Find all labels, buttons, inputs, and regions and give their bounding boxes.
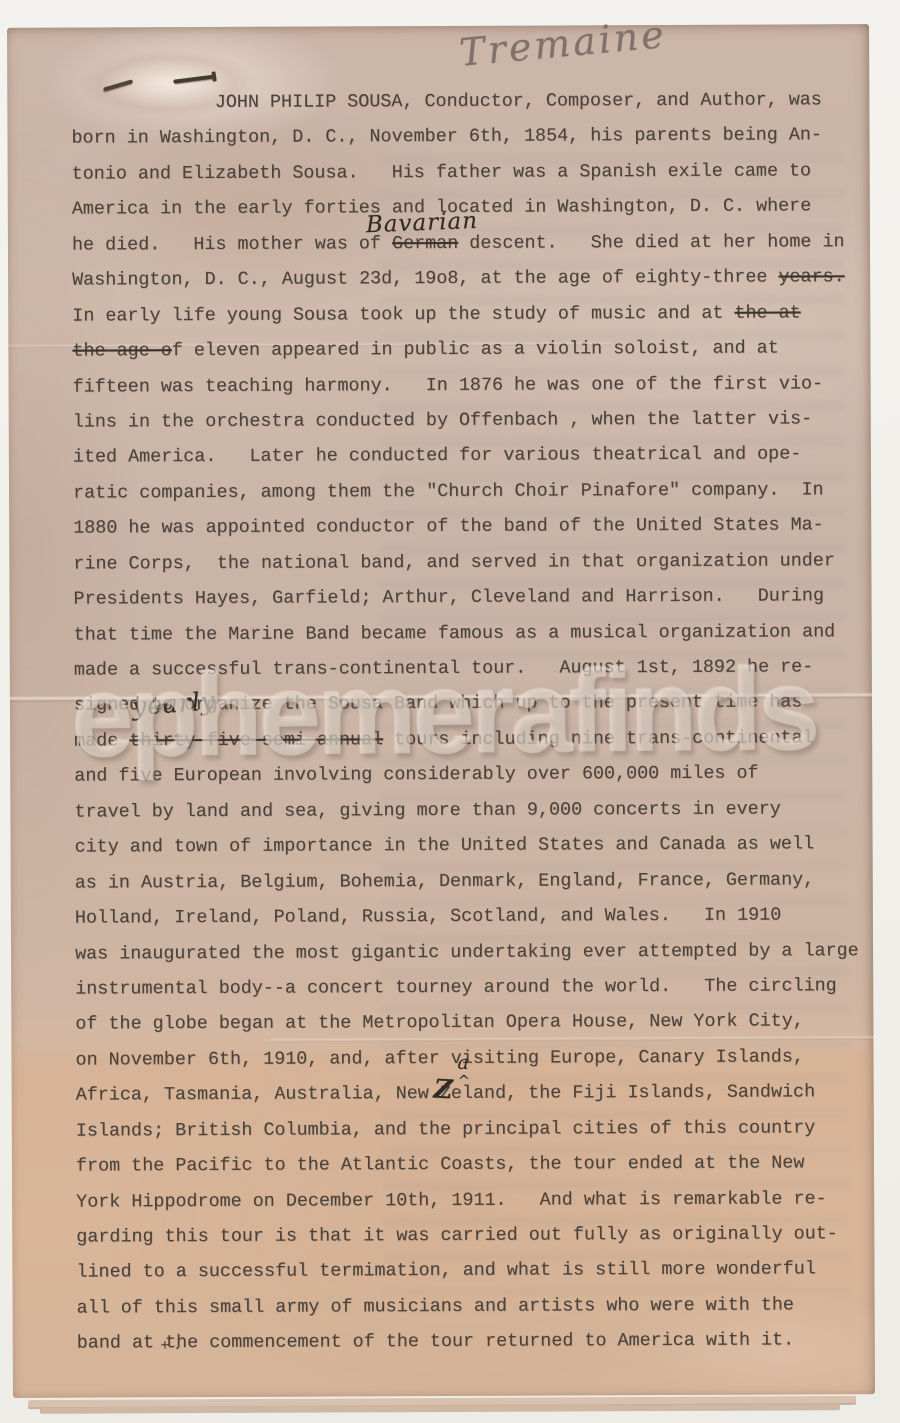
typed-line: York Hippodrome on December 10th, 1911. … [76, 1181, 860, 1220]
typed-line: rine Corps, the national band, and serve… [73, 543, 857, 582]
typed-text: Washington, D. C., August 23d, 19o8, at … [72, 267, 778, 291]
handwritten-correction-yearly: yearly [131, 686, 217, 721]
typed-line: lined to a successful termimation, and w… [76, 1252, 860, 1291]
typed-line: was inaugurated the most gigantic undert… [75, 933, 859, 972]
typed-line: city and town of importance in the Unite… [75, 826, 859, 865]
struck-text: the at [734, 302, 800, 323]
typed-line: made a successful trans-continental tour… [74, 649, 858, 688]
typed-text: all of this small army of musicians and … [77, 1294, 794, 1318]
handwritten-insert-letter: a [457, 1052, 468, 1074]
typed-text: made [74, 730, 129, 751]
typed-line: ited America. Later he conducted for var… [73, 437, 857, 476]
typed-line: of the globe began at the Metropolitan O… [75, 1004, 859, 1043]
typed-text: on November 6th, 1910, and, after visiti… [75, 1046, 803, 1070]
typewritten-page: Tremaine JOHN PHILIP SOUSA, Conductor, C… [7, 24, 875, 1398]
typed-text: fifteen was teaching harmony. In 1876 he… [73, 373, 824, 397]
typed-text: and five European involving considerably… [74, 763, 758, 787]
typed-text: made a successful trans-continental tour… [74, 656, 814, 680]
stray-ink-mark: +. [161, 1337, 186, 1353]
typed-lines: JOHN PHILIP SOUSA, Conductor, Composer, … [71, 82, 860, 1361]
typed-line: all of this small army of musicians and … [77, 1287, 861, 1326]
typed-line: In early life young Sousa took up the st… [72, 295, 856, 334]
typed-line: fifteen was teaching harmony. In 1876 he… [73, 366, 857, 405]
typed-line: JOHN PHILIP SOUSA, Conductor, Composer, … [71, 82, 855, 121]
struck-text: years. [778, 266, 844, 287]
typed-text: JOHN PHILIP SOUSA, Conductor, Composer, … [71, 89, 822, 113]
typed-text: descent. She died at her home in [458, 231, 844, 254]
typed-text: In early life young Sousa took up the st… [72, 302, 734, 326]
typed-text: he died. His mother was of [72, 233, 392, 255]
typed-line: the age of eleven appeared in public as … [72, 330, 856, 369]
typed-text: Holland, Ireland, Poland, Russia, Scotla… [75, 905, 781, 929]
typed-line: instrumental body--a concert tourney aro… [75, 968, 859, 1007]
typed-line: band at the commencement of the tour ret… [77, 1322, 861, 1361]
typed-text: born in Washington, D. C., November 6th,… [71, 125, 822, 149]
typed-text: f eleven appeared in public as a violin … [172, 338, 779, 362]
typed-line: Washington, D. C., August 23d, 19o8, at … [72, 259, 856, 298]
typed-text: of the globe began at the Metropolitan O… [75, 1011, 803, 1035]
typed-line: that time the Marine Band became famous … [74, 614, 858, 653]
typed-line: from the Pacific to the Atlantic Coasts,… [76, 1145, 860, 1184]
typed-text: instrumental body--a concert tourney aro… [75, 975, 837, 999]
typed-text: 1880 he was appointed conductor of the b… [73, 515, 824, 539]
typed-line: travel by land and sea, giving more than… [74, 791, 858, 830]
typed-line: garding this tour is that it was carried… [76, 1216, 860, 1255]
struck-text: thirty-five semi-annual [129, 729, 383, 751]
typed-line: lins in the orchestra conducted by Offen… [73, 401, 857, 440]
typed-text: lined to a successful termimation, and w… [76, 1259, 816, 1283]
typed-text: York Hippodrome on December 10th, 1911. … [76, 1188, 827, 1212]
struck-text: the age o [72, 340, 171, 361]
typed-text: as in Austria, Belgium, Bohemia, Denmark… [75, 869, 815, 893]
typed-text: Presidents Hayes, Garfield; Arthur, Clev… [73, 585, 824, 609]
typed-text: that time the Marine Band became famous … [74, 621, 836, 645]
typed-line: tonio and Elizabeth Sousa. His father wa… [72, 153, 856, 192]
typed-line: and five European involving considerably… [74, 755, 858, 794]
insert-caret-mark: ^ [458, 1072, 471, 1090]
typed-line: ratic companies, among them the "Church … [73, 472, 857, 511]
typed-text: tours including nine trans-continental [383, 727, 814, 750]
typed-text: rine Corps, the national band, and serve… [73, 550, 835, 574]
handwritten-correction-bavarian: Bavarian [365, 208, 478, 238]
handwritten-name: Tremaine [458, 12, 669, 75]
typed-text: garding this tour is that it was carried… [76, 1223, 838, 1247]
typed-line: as in Austria, Belgium, Bohemia, Denmark… [75, 862, 859, 901]
typed-text: city and town of importance in the Unite… [75, 834, 815, 858]
typed-text: tonio and Elizabeth Sousa. His father wa… [72, 160, 812, 184]
typed-line: born in Washington, D. C., November 6th,… [71, 118, 855, 157]
typed-text: was inaugurated the most gigantic undert… [75, 940, 859, 964]
typed-line: Holland, Ireland, Poland, Russia, Scotla… [75, 897, 859, 936]
typed-text: ratic companies, among them the "Church … [73, 479, 824, 503]
typed-line: made thirty-five semi-annual tours inclu… [74, 720, 858, 759]
typed-text: ited America. Later he conducted for var… [73, 444, 801, 468]
typed-line: Presidents Hayes, Garfield; Arthur, Clev… [73, 578, 857, 617]
typed-line: Islands; British Columbia, and the princ… [76, 1110, 860, 1149]
typed-line: 1880 he was appointed conductor of the b… [73, 507, 857, 546]
typed-text: from the Pacific to the Atlantic Coasts,… [76, 1153, 804, 1177]
typed-text: lins in the orchestra conducted by Offen… [73, 408, 813, 432]
typed-text: travel by land and sea, giving more than… [74, 798, 780, 822]
handwritten-overwrite-z: Z [433, 1075, 453, 1106]
typed-text: Islands; British Columbia, and the princ… [76, 1117, 816, 1141]
scanned-document-page: { "scan": { "background_color": "#f2f0eb… [0, 0, 900, 1423]
